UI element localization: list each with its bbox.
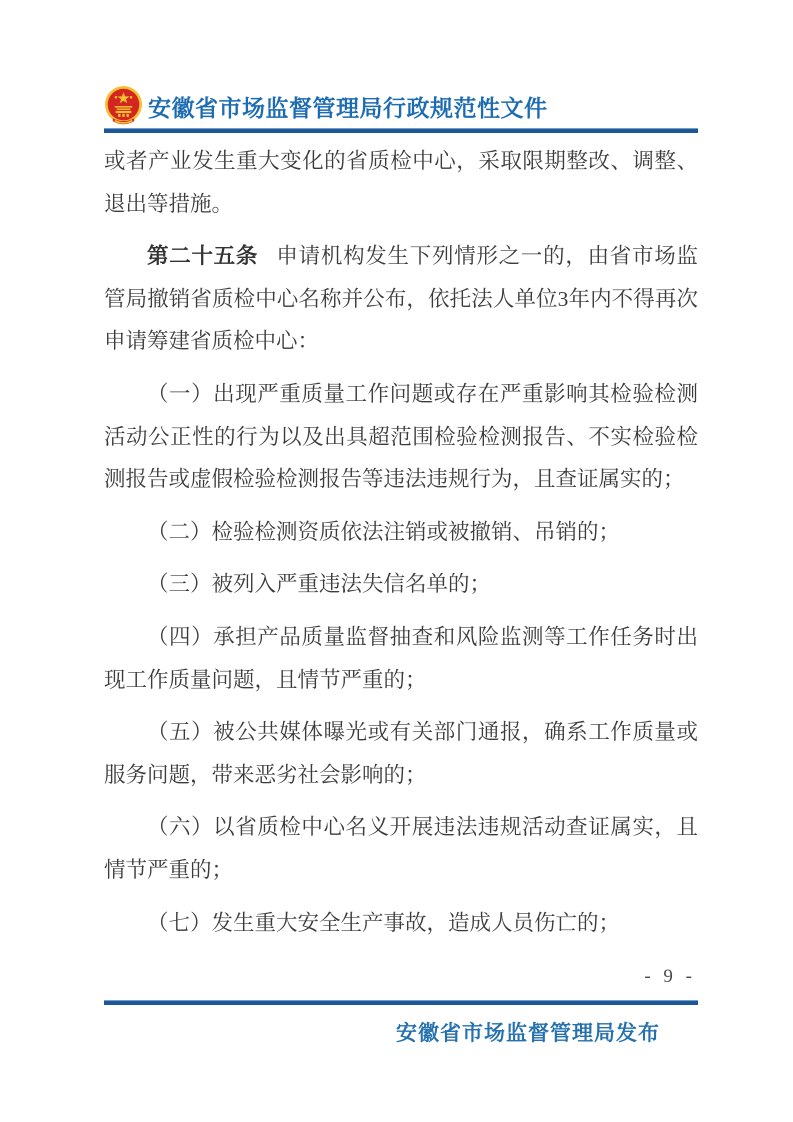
page-number: - 9 - bbox=[104, 964, 698, 990]
header-rule bbox=[104, 128, 698, 133]
body-paragraph: （七）发生重大安全生产事故，造成人员伤亡的； bbox=[104, 902, 698, 945]
body-paragraph: （一）出现严重质量工作问题或存在严重影响其检验检测活动公正性的行为以及出具超范围… bbox=[104, 373, 698, 501]
page-content: 安徽省市场监督管理局行政规范性文件 或者产业发生重大变化的省质检中心，采取限期整… bbox=[104, 0, 698, 1047]
document-page: 安徽省市场监督管理局行政规范性文件 或者产业发生重大变化的省质检中心，采取限期整… bbox=[0, 0, 793, 1122]
china-national-emblem-icon bbox=[104, 85, 143, 128]
footer-rule bbox=[104, 1000, 698, 1005]
paragraph-text: （一）出现严重质量工作问题或存在严重影响其检验检测活动公正性的行为以及出具超范围… bbox=[104, 382, 698, 491]
body-paragraph: （三）被列入严重违法失信名单的； bbox=[104, 563, 698, 606]
body-paragraph: 第二十五条申请机构发生下列情形之一的，由省市场监管局撤销省质检中心名称并公布，依… bbox=[104, 235, 698, 363]
article-number-lead: 第二十五条 bbox=[147, 244, 258, 268]
body-paragraph: （五）被公共媒体曝光或有关部门通报，确系工作质量或服务问题，带来恶劣社会影响的； bbox=[104, 711, 698, 796]
paragraph-text: （七）发生重大安全生产事故，造成人员伤亡的； bbox=[147, 911, 620, 935]
paragraph-text: （二）检验检测资质依法注销或被撤销、吊销的； bbox=[147, 520, 620, 544]
paragraph-text: （四）承担产品质量监督抽查和风险监测等工作任务时出现工作质量问题，且情节严重的； bbox=[104, 625, 698, 692]
document-body: 或者产业发生重大变化的省质检中心，采取限期整改、调整、退出等措施。 第二十五条申… bbox=[104, 140, 698, 944]
body-paragraph: （二）检验检测资质依法注销或被撤销、吊销的； bbox=[104, 511, 698, 554]
paragraph-text: （五）被公共媒体曝光或有关部门通报，确系工作质量或服务问题，带来恶劣社会影响的； bbox=[104, 720, 698, 787]
document-header: 安徽省市场监督管理局行政规范性文件 bbox=[104, 84, 698, 128]
body-paragraph: （六）以省质检中心名义开展违法违规活动查证属实，且情节严重的； bbox=[104, 806, 698, 891]
body-paragraph: （四）承担产品质量监督抽查和风险监测等工作任务时出现工作质量问题，且情节严重的； bbox=[104, 616, 698, 701]
paragraph-text: （六）以省质检中心名义开展违法违规活动查证属实，且情节严重的； bbox=[104, 815, 698, 882]
body-paragraph: 或者产业发生重大变化的省质检中心，采取限期整改、调整、退出等措施。 bbox=[104, 140, 698, 225]
paragraph-text: 或者产业发生重大变化的省质检中心，采取限期整改、调整、退出等措施。 bbox=[104, 149, 698, 216]
paragraph-text: （三）被列入严重违法失信名单的； bbox=[147, 572, 491, 596]
document-header-title: 安徽省市场监督管理局行政规范性文件 bbox=[148, 90, 548, 123]
footer-publisher: 安徽省市场监督管理局发布 bbox=[104, 1017, 698, 1047]
